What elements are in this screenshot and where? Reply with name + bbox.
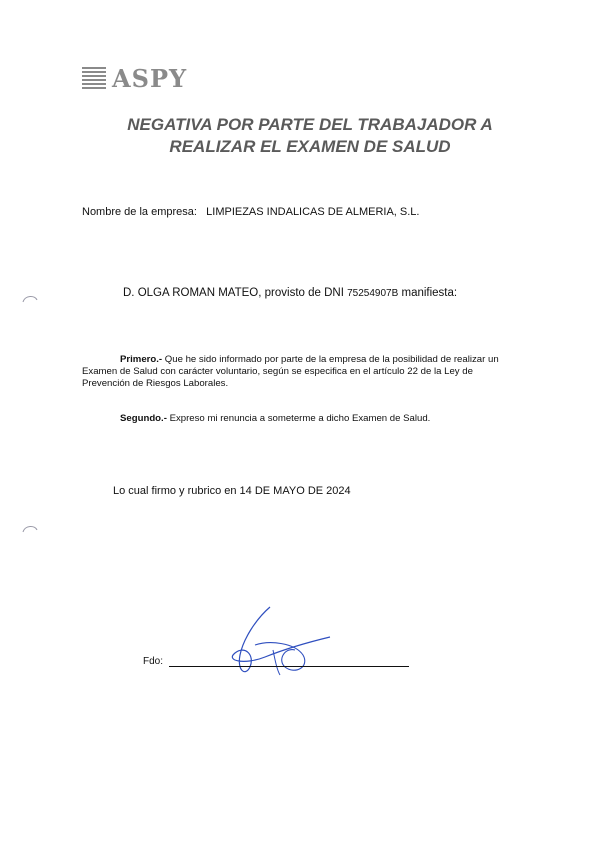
clause-heading: Segundo.- <box>120 413 167 424</box>
dni-value: 75254907B <box>347 288 398 299</box>
punch-hole-mark <box>22 523 38 533</box>
company-name: LIMPIEZAS INDALICAS DE ALMERIA, S.L. <box>206 206 419 218</box>
stacked-lines-icon <box>82 67 106 89</box>
title-line-1: NEGATIVA POR PARTE DEL TRABAJADOR A <box>100 114 520 136</box>
worker-name: D. OLGA ROMAN MATEO <box>123 287 258 299</box>
clause-primero: Primero.- Que he sido informado por part… <box>82 354 522 390</box>
clause-segundo: Segundo.- Expreso mi renuncia a someterm… <box>82 413 522 425</box>
punch-hole-mark <box>22 293 38 303</box>
clause-heading: Primero.- <box>120 354 162 365</box>
clause-text: Expreso mi renuncia a someterme a dicho … <box>170 413 431 424</box>
handwritten-signature <box>225 605 335 680</box>
aspy-logo: ASPY <box>82 64 187 92</box>
signature-field: Fdo: <box>143 656 409 667</box>
company-label: Nombre de la empresa: <box>82 206 197 218</box>
dni-label: provisto de DNI <box>265 287 344 299</box>
worker-line: D. OLGA ROMAN MATEO, provisto de DNI 752… <box>123 287 457 299</box>
company-line: Nombre de la empresa: LIMPIEZAS INDALICA… <box>82 206 420 218</box>
document-title: NEGATIVA POR PARTE DEL TRABAJADOR A REAL… <box>100 114 520 158</box>
date-line: Lo cual firmo y rubrico en 14 DE MAYO DE… <box>113 485 351 497</box>
signature-line <box>169 656 409 667</box>
signature-label: Fdo: <box>143 656 163 667</box>
title-line-2: REALIZAR EL EXAMEN DE SALUD <box>100 136 520 158</box>
logo-text: ASPY <box>112 64 187 93</box>
worker-suffix: manifiesta: <box>401 287 457 299</box>
